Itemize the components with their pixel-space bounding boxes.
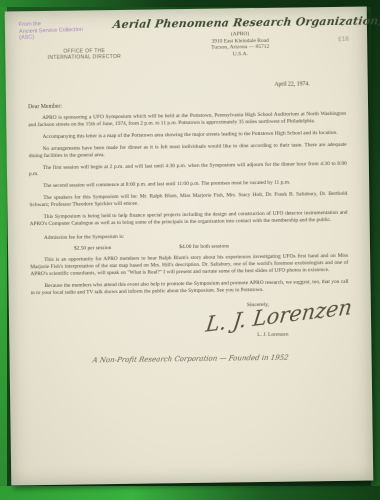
pencil-annotation: E10 [338, 36, 349, 43]
paragraph: The second session will commence at 8:00… [29, 179, 347, 190]
address-line-3: U.S.A. [145, 49, 335, 58]
paragraph: The speakers for this Symposium will be:… [29, 191, 347, 209]
admission-heading: Admission fee for the Symposium is: [44, 231, 350, 241]
paragraph: No arrangements have been made for dinne… [29, 142, 347, 160]
typed-signer-name: L. J. Lorenzen [257, 332, 288, 338]
paragraph: This Symposium is being held to help fin… [30, 210, 348, 228]
letterhead: From the Ancient Service Collection (ASC… [25, 15, 348, 77]
collection-stamp: From the Ancient Service Collection (ASC… [19, 20, 83, 41]
letter-body: APRO is sponsoring a UFO Symposium which… [26, 111, 351, 297]
stamp-line-3: (ASC) [19, 33, 83, 42]
fee-both-sessions: $4.00 for both sessions [179, 243, 229, 250]
office-line-2: INTERNATIONAL DIRECTOR [29, 54, 139, 62]
organization-name: Aerial Phenomena Research Organization, … [112, 15, 364, 32]
paragraph: Accompanying this letter is a map of the… [28, 130, 346, 141]
paragraph: This is an opportunity for APRO members … [30, 253, 348, 278]
date-line: April 22, 1974. [26, 81, 310, 91]
paragraph: APRO is sponsoring a UFO Symposium which… [28, 111, 346, 129]
scan-border-top [0, 0, 380, 7]
letter-page: From the Ancient Service Collection (ASC… [5, 6, 374, 485]
scan-border-bottom [0, 486, 380, 500]
fee-per-session: $2.50 per session [74, 245, 111, 252]
organization-address: (APRO) 3910 East Kleindale Road Tucson, … [145, 30, 335, 59]
closing-block: Sincerely, L. J. Lorenzen L. J. Lorenzen [29, 301, 352, 357]
salutation: Dear Member: [28, 100, 348, 110]
office-block: OFFICE OF THE INTERNATIONAL DIRECTOR [29, 48, 139, 62]
paragraph: The first session will begin at 2 p.m. a… [29, 160, 347, 178]
paragraph: Because the members who attend this even… [30, 278, 348, 296]
fee-schedule: $2.50 per session $4.00 for both session… [28, 242, 350, 252]
